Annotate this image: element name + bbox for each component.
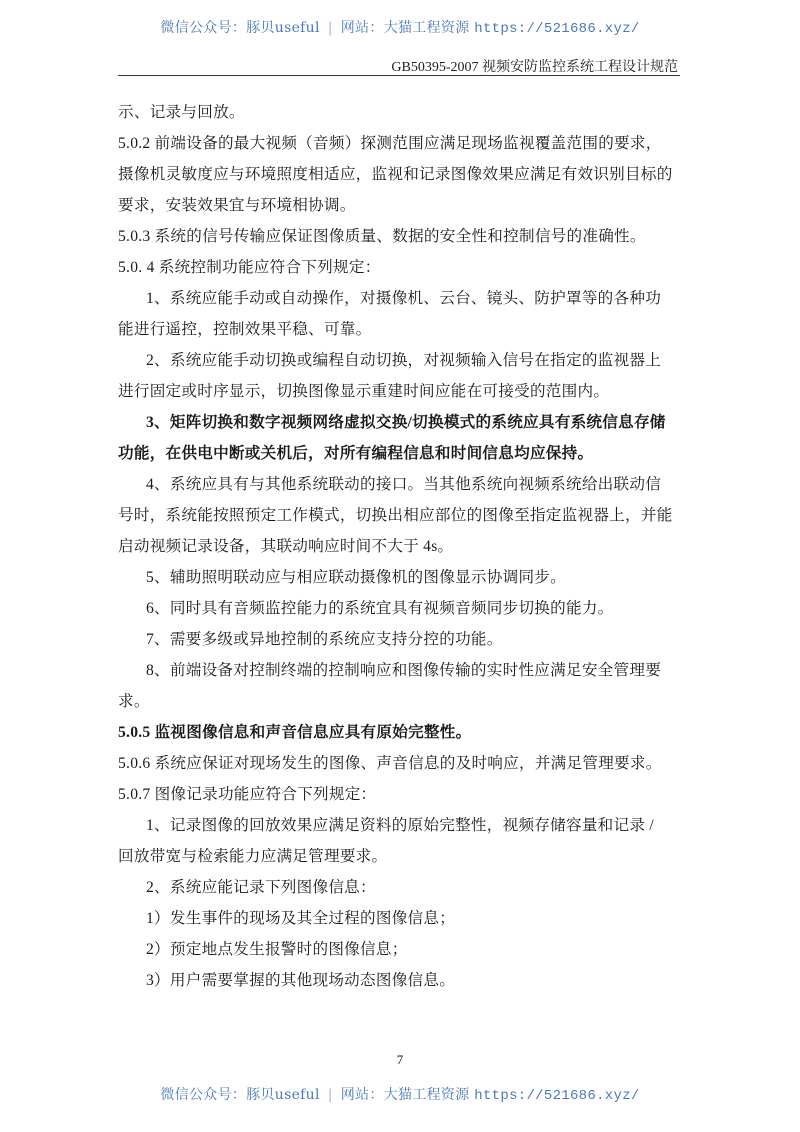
text-line: 7、需要多级或异地控制的系统应支持分控的功能。 [118,624,682,655]
text-line: 要求，安装效果宜与环境相协调。 [118,190,682,221]
text-line: 8、前端设备对控制终端的控制响应和图像传输的实时性应满足安全管理要 [118,655,682,686]
running-header-title: GB50395-2007 视频安防监控系统工程设计规范 [391,56,678,76]
watermark-wechat-label: 微信公众号：豚贝useful [160,20,319,36]
text-line: 能进行遥控，控制效果平稳、可靠。 [118,314,682,345]
text-line: 示、记录与回放。 [118,97,682,128]
text-line: 5.0. 4 系统控制功能应符合下列规定： [118,252,682,283]
text-line: 进行固定或时序显示，切换图像显示重建时间应能在可接受的范围内。 [118,376,682,407]
text-line: 号时，系统能按照预定工作模式，切换出相应部位的图像至指定监视器上，并能 [118,500,682,531]
text-line: 1、记录图像的回放效果应满足资料的原始完整性，视频存储容量和记录 / [118,810,682,841]
text-line: 5.0.6 系统应保证对现场发生的图像、声音信息的及时响应，并满足管理要求。 [118,748,682,779]
header-divider [118,75,680,76]
watermark-site-label: 网站：大猫工程资源 [341,1087,470,1103]
watermark-url: https://521686.xyz/ [474,1088,639,1104]
text-line: 4、系统应具有与其他系统联动的接口。当其他系统向视频系统给出联动信 [118,469,682,500]
text-line: 回放带宽与检索能力应满足管理要求。 [118,841,682,872]
text-line: 功能，在供电中断或关机后，对所有编程信息和时间信息均应保持。 [118,438,682,469]
text-line: 1）发生事件的现场及其全过程的图像信息； [118,903,682,934]
text-line: 5.0.7 图像记录功能应符合下列规定： [118,779,682,810]
watermark-separator: | [328,20,333,36]
watermark-bottom: 微信公众号：豚贝useful|网站：大猫工程资源 https://521686.… [0,1084,800,1104]
watermark-top: 微信公众号：豚贝useful|网站：大猫工程资源 https://521686.… [0,17,800,37]
text-line: 5.0.3 系统的信号传输应保证图像质量、数据的安全性和控制信号的准确性。 [118,221,682,252]
text-line: 5、辅助照明联动应与相应联动摄像机的图像显示协调同步。 [118,562,682,593]
text-line: 5.0.2 前端设备的最大视频（音频）探测范围应满足现场监视覆盖范围的要求， [118,128,682,159]
text-line: 摄像机灵敏度应与环境照度相适应，监视和记录图像效果应满足有效识别目标的 [118,159,682,190]
text-line: 求。 [118,686,682,717]
watermark-url: https://521686.xyz/ [474,21,639,37]
text-line: 1、系统应能手动或自动操作，对摄像机、云台、镜头、防护罩等的各种功 [118,283,682,314]
text-line: 2、系统应能记录下列图像信息： [118,872,682,903]
text-line: 3）用户需要掌握的其他现场动态图像信息。 [118,965,682,996]
text-line: 3、矩阵切换和数字视频网络虚拟交换/切换模式的系统应具有系统信息存储 [118,407,682,438]
text-line: 5.0.5 监视图像信息和声音信息应具有原始完整性。 [118,717,682,748]
text-line: 2、系统应能手动切换或编程自动切换，对视频输入信号在指定的监视器上 [118,345,682,376]
text-line: 2）预定地点发生报警时的图像信息； [118,934,682,965]
text-line: 启动视频记录设备，其联动响应时间不大于 4s。 [118,531,682,562]
watermark-site-label: 网站：大猫工程资源 [341,20,470,36]
document-body: 示、记录与回放。5.0.2 前端设备的最大视频（音频）探测范围应满足现场监视覆盖… [118,97,682,996]
watermark-separator: | [328,1087,333,1103]
text-line: 6、同时具有音频监控能力的系统宜具有视频音频同步切换的能力。 [118,593,682,624]
page-number: 7 [0,1052,800,1068]
watermark-wechat-label: 微信公众号：豚贝useful [160,1087,319,1103]
